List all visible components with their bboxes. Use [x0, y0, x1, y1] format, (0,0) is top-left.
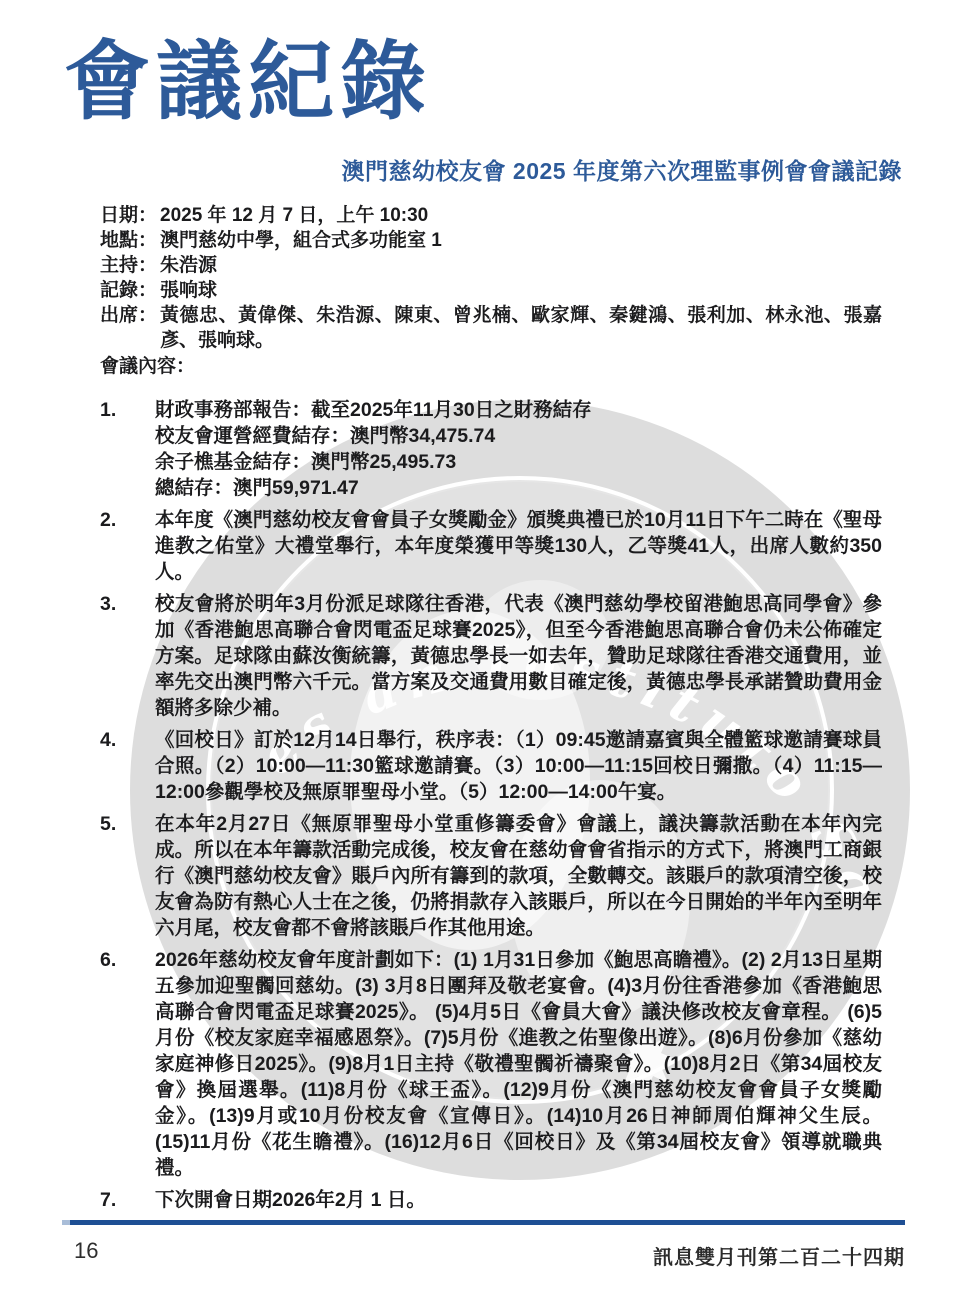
meta-label: 主持： — [100, 253, 160, 278]
meta-label: 日期： — [100, 203, 160, 228]
item-number: 2. — [100, 507, 155, 585]
meta-row-date: 日期： 2025 年 12 月 7 日，上午 10:30 — [100, 203, 882, 228]
minutes-item: 1. 財政事務部報告：截至2025年11月30日之財務結存 校友會運營經費結存：… — [100, 397, 882, 501]
meta-row-attendees: 出席： 黃德忠、黃偉傑、朱浩源、陳東、曾兆楠、歐家輝、秦鍵鴻、張利加、林永池、張… — [100, 303, 882, 353]
meta-value: 2025 年 12 月 7 日，上午 10:30 — [160, 203, 882, 228]
meta-value: 黃德忠、黃偉傑、朱浩源、陳東、曾兆楠、歐家輝、秦鍵鴻、張利加、林永池、張嘉彥、張… — [160, 303, 882, 353]
item-number: 1. — [100, 397, 155, 501]
item-number: 5. — [100, 811, 155, 941]
minutes-item: 2. 本年度《澳門慈幼校友會會員子女獎勵金》頒獎典禮已於10月11日下午二時在《… — [100, 507, 882, 585]
minutes-item: 5. 在本年2月27日《無原罪聖母小堂重修籌委會》會議上，議決籌款活動在本年內完… — [100, 811, 882, 941]
item-number: 7. — [100, 1187, 155, 1213]
meta-value: 澳門慈幼中學，組合式多功能室 1 — [160, 228, 882, 253]
minutes-list: 1. 財政事務部報告：截至2025年11月30日之財務結存 校友會運營經費結存：… — [100, 397, 882, 1213]
document-page: es an Instituto Sala 會議紀錄 澳門慈幼校友會 2025 年… — [0, 0, 980, 1307]
item-text: 本年度《澳門慈幼校友會會員子女獎勵金》頒獎典禮已於10月11日下午二時在《聖母進… — [155, 507, 882, 585]
body-column: 日期： 2025 年 12 月 7 日，上午 10:30 地點： 澳門慈幼中學，… — [100, 203, 882, 1219]
item-number: 3. — [100, 591, 155, 721]
meta-row-chair: 主持： 朱浩源 — [100, 253, 882, 278]
footer-publication: 訊息雙月刊第二百二十四期 — [653, 1241, 905, 1270]
minutes-item: 7. 下次開會日期2026年2月 1 日。 — [100, 1187, 882, 1213]
item-text: 2026年慈幼校友會年度計劃如下：(1) 1月31日參加《鮑思高瞻禮》。(2) … — [155, 947, 882, 1181]
content-heading: 會議內容： — [100, 354, 882, 379]
minutes-item: 6. 2026年慈幼校友會年度計劃如下：(1) 1月31日參加《鮑思高瞻禮》。(… — [100, 947, 882, 1181]
footer-divider — [62, 1220, 905, 1225]
item-number: 6. — [100, 947, 155, 1181]
meta-value: 朱浩源 — [160, 253, 882, 278]
page-title: 會議紀錄 — [64, 30, 432, 135]
meta-label: 出席： — [100, 303, 160, 353]
meta-row-place: 地點： 澳門慈幼中學，組合式多功能室 1 — [100, 228, 882, 253]
minutes-item: 3. 校友會將於明年3月份派足球隊往香港，代表《澳門慈幼學校留港鮑思高同學會》參… — [100, 591, 882, 721]
item-text: 《回校日》訂於12月14日舉行，秩序表：（1）09:45邀請嘉賓與全體籃球邀請賽… — [155, 727, 882, 805]
footer-page-number: 16 — [74, 1238, 98, 1264]
item-number: 4. — [100, 727, 155, 805]
meta-row-recorder: 記錄： 張响球 — [100, 278, 882, 303]
item-text: 下次開會日期2026年2月 1 日。 — [155, 1187, 882, 1213]
page-subtitle: 澳門慈幼校友會 2025 年度第六次理監事例會會議記錄 — [342, 153, 902, 186]
item-text: 校友會將於明年3月份派足球隊往香港，代表《澳門慈幼學校留港鮑思高同學會》參加《香… — [155, 591, 882, 721]
meta-value: 張响球 — [160, 278, 882, 303]
meta-label: 地點： — [100, 228, 160, 253]
item-text: 在本年2月27日《無原罪聖母小堂重修籌委會》會議上，議決籌款活動在本年內完成。所… — [155, 811, 882, 941]
item-text: 財政事務部報告：截至2025年11月30日之財務結存 校友會運營經費結存：澳門幣… — [155, 397, 882, 501]
minutes-item: 4. 《回校日》訂於12月14日舉行，秩序表：（1）09:45邀請嘉賓與全體籃球… — [100, 727, 882, 805]
meta-label: 記錄： — [100, 278, 160, 303]
